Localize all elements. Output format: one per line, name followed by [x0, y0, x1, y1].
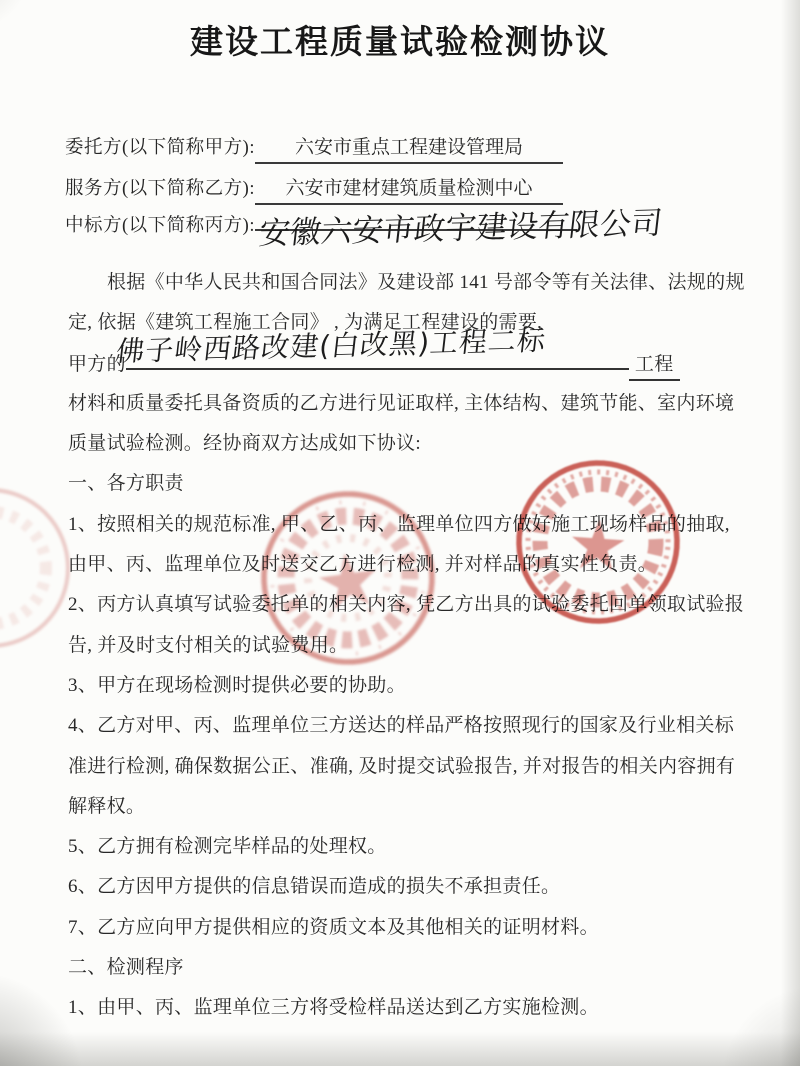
body-line: 质量试验检测。经协商双方达成如下协议:	[68, 424, 740, 464]
party-row-bid-winner: 中标方(以下简称丙方):安徽六安市政宇建设有限公司	[65, 211, 577, 237]
party-label: 服务方(以下简称乙方):	[65, 179, 255, 199]
body-line: 1、按照相关的规范标准, 甲、乙、丙、监理单位四方做好施工现场样品的抽取,	[68, 505, 740, 545]
body-line: 1、由甲、丙、监理单位三方将受检样品送达到乙方实施检测。	[68, 988, 740, 1028]
body-line: 5、乙方拥有检测完毕样品的处理权。	[68, 827, 740, 867]
body-line: 4、乙方对甲、丙、监理单位三方送达的样品严格按照现行的国家及行业相关标	[68, 706, 740, 746]
party-value-underline: 安徽六安市政宇建设有限公司	[255, 226, 577, 231]
body-lines-after: 材料和质量委托具备资质的乙方进行见证取样, 主体结构、建筑节能、室内环境质量试验…	[68, 384, 740, 1029]
blank-suffix: 工程	[629, 349, 680, 381]
handwritten-company-name: 安徽六安市政宇建设有限公司	[257, 197, 665, 253]
agreement-body: 根据《中华人民共和国合同法》及建设部 141 号部令等有关法律、法规的规定, 依…	[68, 263, 740, 1029]
body-line: 一、各方职责	[68, 464, 740, 504]
party-value-underline: 六安市重点工程建设管理局	[255, 132, 563, 164]
body-line: 2、丙方认真填写试验委托单的相关内容, 凭乙方出具的试验委托回单领取试验报	[68, 585, 740, 625]
left-partial-red-seal-icon	[0, 480, 78, 656]
body-line: 6、乙方因甲方提供的信息错误而造成的损失不承担责任。	[68, 867, 740, 907]
party-label: 中标方(以下简称丙方):	[65, 216, 255, 236]
body-line: 二、检测程序	[68, 948, 740, 988]
page-title: 建设工程质量试验检测协议	[0, 16, 800, 63]
body-line: 告, 并及时支付相关的试验费用。	[68, 626, 740, 666]
party-row-client: 委托方(以下简称甲方):六安市重点工程建设管理局	[65, 132, 563, 164]
body-line: 解释权。	[68, 787, 740, 827]
body-line: 由甲、丙、监理单位及时送交乙方进行检测, 并对样品的真实性负责。	[68, 545, 740, 585]
party-label: 委托方(以下简称甲方):	[65, 138, 255, 158]
body-line: 材料和质量委托具备资质的乙方进行见证取样, 主体结构、建筑节能、室内环境	[68, 384, 740, 424]
party-row-service: 服务方(以下简称乙方):六安市建材建筑质量检测中心	[65, 173, 563, 205]
body-line: 根据《中华人民共和国合同法》及建设部 141 号部令等有关法律、法规的规	[68, 263, 740, 303]
body-line: 3、甲方在现场检测时提供必要的协助。	[68, 666, 740, 706]
project-name-line: 甲方的佛子岭西路改建(白改黑)工程二标工程	[68, 344, 740, 384]
body-line: 准进行检测, 确保数据公正、准确, 及时提交试验报告, 并对报告的相关内容拥有	[68, 747, 740, 787]
body-line: 7、乙方应向甲方提供相应的资质文本及其他相关的证明材料。	[68, 908, 740, 948]
project-name-underline: 佛子岭西路改建(白改黑)工程二标	[126, 344, 629, 370]
document-page: 建设工程质量试验检测协议 委托方(以下简称甲方):六安市重点工程建设管理局 服务…	[0, 0, 800, 1066]
